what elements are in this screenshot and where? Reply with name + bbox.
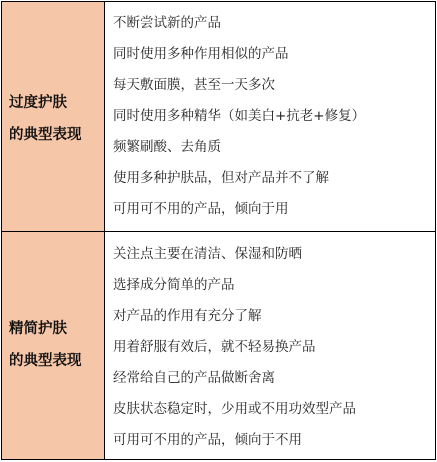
list-item: 频繁刷酸、去角质: [113, 132, 435, 163]
list-item: 不断尝试新的产品: [113, 8, 435, 39]
row-header-label: 过度护肤 的典型表现: [9, 87, 82, 151]
row-content-over-care: 不断尝试新的产品 同时使用多种作用相似的产品 每天敷面膜，甚至一天多次 同时使用…: [105, 2, 435, 231]
list-item: 关注点主要在清洁、保湿和防晒: [113, 239, 435, 270]
row-header-line2: 的典型表现: [9, 345, 82, 377]
list-item: 每天敷面膜，甚至一天多次: [113, 70, 435, 101]
comparison-table: 过度护肤 的典型表现 不断尝试新的产品 同时使用多种作用相似的产品 每天敷面膜，…: [1, 1, 436, 460]
row-header-minimal-care: 精简护肤 的典型表现: [2, 232, 105, 459]
row-header-line1: 过度护肤: [9, 87, 82, 119]
list-item: 皮肤状态稳定时，少用或不用功效型产品: [113, 394, 435, 425]
table-row-minimal-care: 精简护肤 的典型表现 关注点主要在清洁、保湿和防晒 选择成分简单的产品 对产品的…: [2, 232, 435, 459]
list-item: 可用可不用的产品，倾向于用: [113, 194, 435, 225]
row-header-over-care: 过度护肤 的典型表现: [2, 2, 105, 231]
row-content-minimal-care: 关注点主要在清洁、保湿和防晒 选择成分简单的产品 对产品的作用有充分了解 用着舒…: [105, 232, 435, 459]
row-header-line2: 的典型表现: [9, 119, 82, 151]
list-item: 对产品的作用有充分了解: [113, 301, 435, 332]
list-item: 同时使用多种精华（如美白+抗老+修复）: [113, 101, 435, 132]
list-item: 经常给自己的产品做断舍离: [113, 363, 435, 394]
list-item: 使用多种护肤品，但对产品并不了解: [113, 163, 435, 194]
row-header-line1: 精简护肤: [9, 313, 82, 345]
list-item: 用着舒服有效后，就不轻易换产品: [113, 332, 435, 363]
list-item: 可用可不用的产品，倾向于不用: [113, 425, 435, 456]
list-item: 同时使用多种作用相似的产品: [113, 39, 435, 70]
list-item: 选择成分简单的产品: [113, 270, 435, 301]
row-header-label: 精简护肤 的典型表现: [9, 313, 82, 377]
table-row-over-care: 过度护肤 的典型表现 不断尝试新的产品 同时使用多种作用相似的产品 每天敷面膜，…: [2, 2, 435, 232]
